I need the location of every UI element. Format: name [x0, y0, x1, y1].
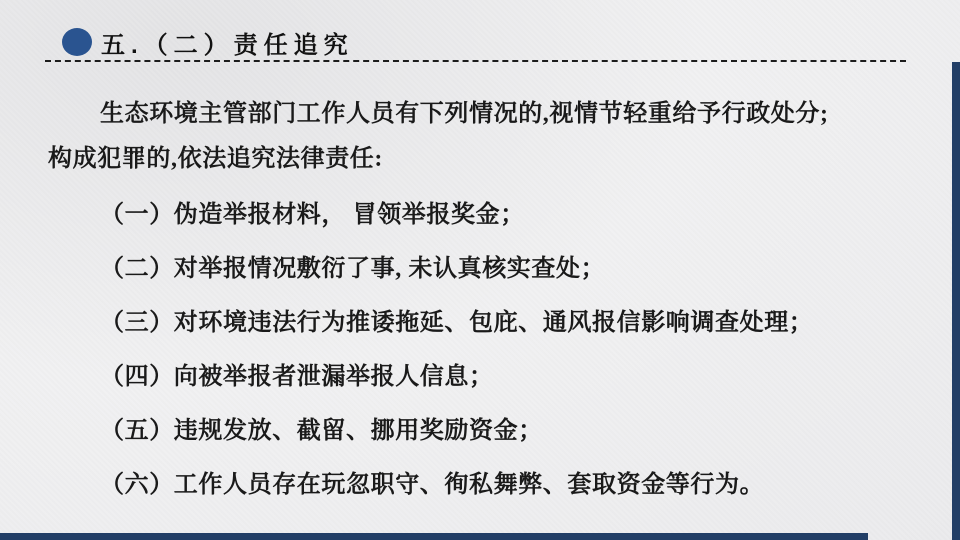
list-item: （二）对举报情况敷衍了事, 未认真核实查处；: [100, 254, 605, 284]
list-item: （三）对环境违法行为推诿拖延、包庇、通风报信影响调查处理；: [100, 308, 813, 338]
slide-title: 五.（二）责任追究: [101, 25, 354, 60]
slide-background: 五.（二）责任追究 生态环境主管部门工作人员有下列情况的,视情节轻重给予行政处分…: [0, 0, 960, 540]
list-item: （四）向被举报者泄漏举报人信息；: [100, 362, 494, 392]
intro-paragraph-line-1: 生态环境主管部门工作人员有下列情况的,视情节轻重给予行政处分;: [100, 99, 829, 129]
bullet-circle-icon: [62, 28, 92, 56]
bottom-accent-bar: [0, 533, 868, 540]
list-item: （一）伪造举报材料， 冒领举报奖金；: [100, 200, 525, 230]
right-accent-bar: [952, 62, 960, 540]
intro-paragraph-line-2: 构成犯罪的,依法追究法律责任:: [48, 144, 383, 174]
list-item: （六）工作人员存在玩忽职守、徇私舞弊、套取资金等行为。: [100, 470, 764, 500]
title-row: 五.（二）责任追究: [62, 26, 354, 58]
dashed-divider: [45, 60, 906, 62]
list-item: （五）违规发放、截留、挪用奖励资金；: [100, 416, 543, 446]
